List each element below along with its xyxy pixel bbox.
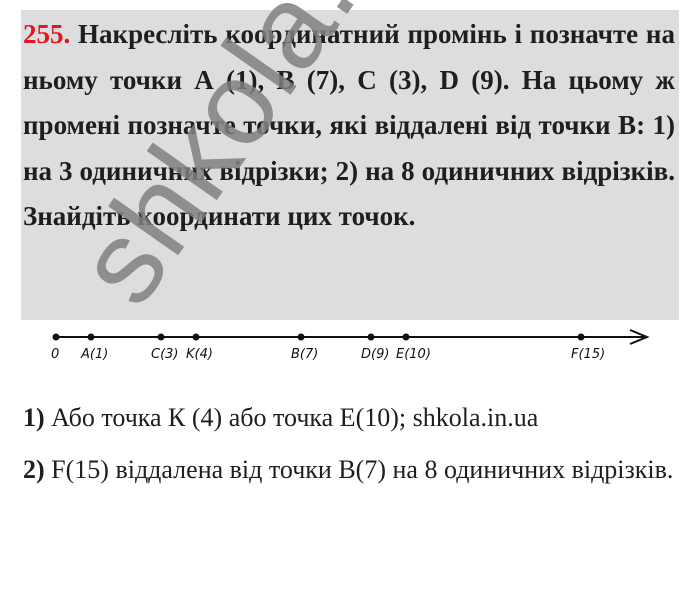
task-text: Накресліть координатний промінь і познач… [23,19,675,231]
point-marker [158,334,165,341]
point-label: F(15) [571,347,605,362]
point-marker [298,334,305,341]
task-number: 255. [23,19,70,49]
point-marker [403,334,410,341]
point-label: 0 [51,347,59,362]
point-label: E(10) [396,347,431,362]
point-label: K(4) [186,347,213,362]
point-label: C(3) [151,347,179,362]
coordinate-ray: 0A(1)C(3)K(4)B(7)D(9)E(10)F(15) [0,318,700,378]
point-marker [193,334,200,341]
answers: 1) Або точка К (4) або точка Е(10); shko… [23,392,675,496]
point-marker [368,334,375,341]
answer-1: 1) Або точка К (4) або точка Е(10); shko… [23,392,675,444]
point-marker [53,334,60,341]
point-label: D(9) [361,347,389,362]
point-marker [578,334,585,341]
task-statement: 255. Накресліть координатний промінь і п… [23,12,675,240]
point-marker [88,334,95,341]
point-label: B(7) [291,347,318,362]
point-label: A(1) [80,347,108,362]
answer-2: 2) F(15) віддалена від точки В(7) на 8 о… [23,444,675,496]
